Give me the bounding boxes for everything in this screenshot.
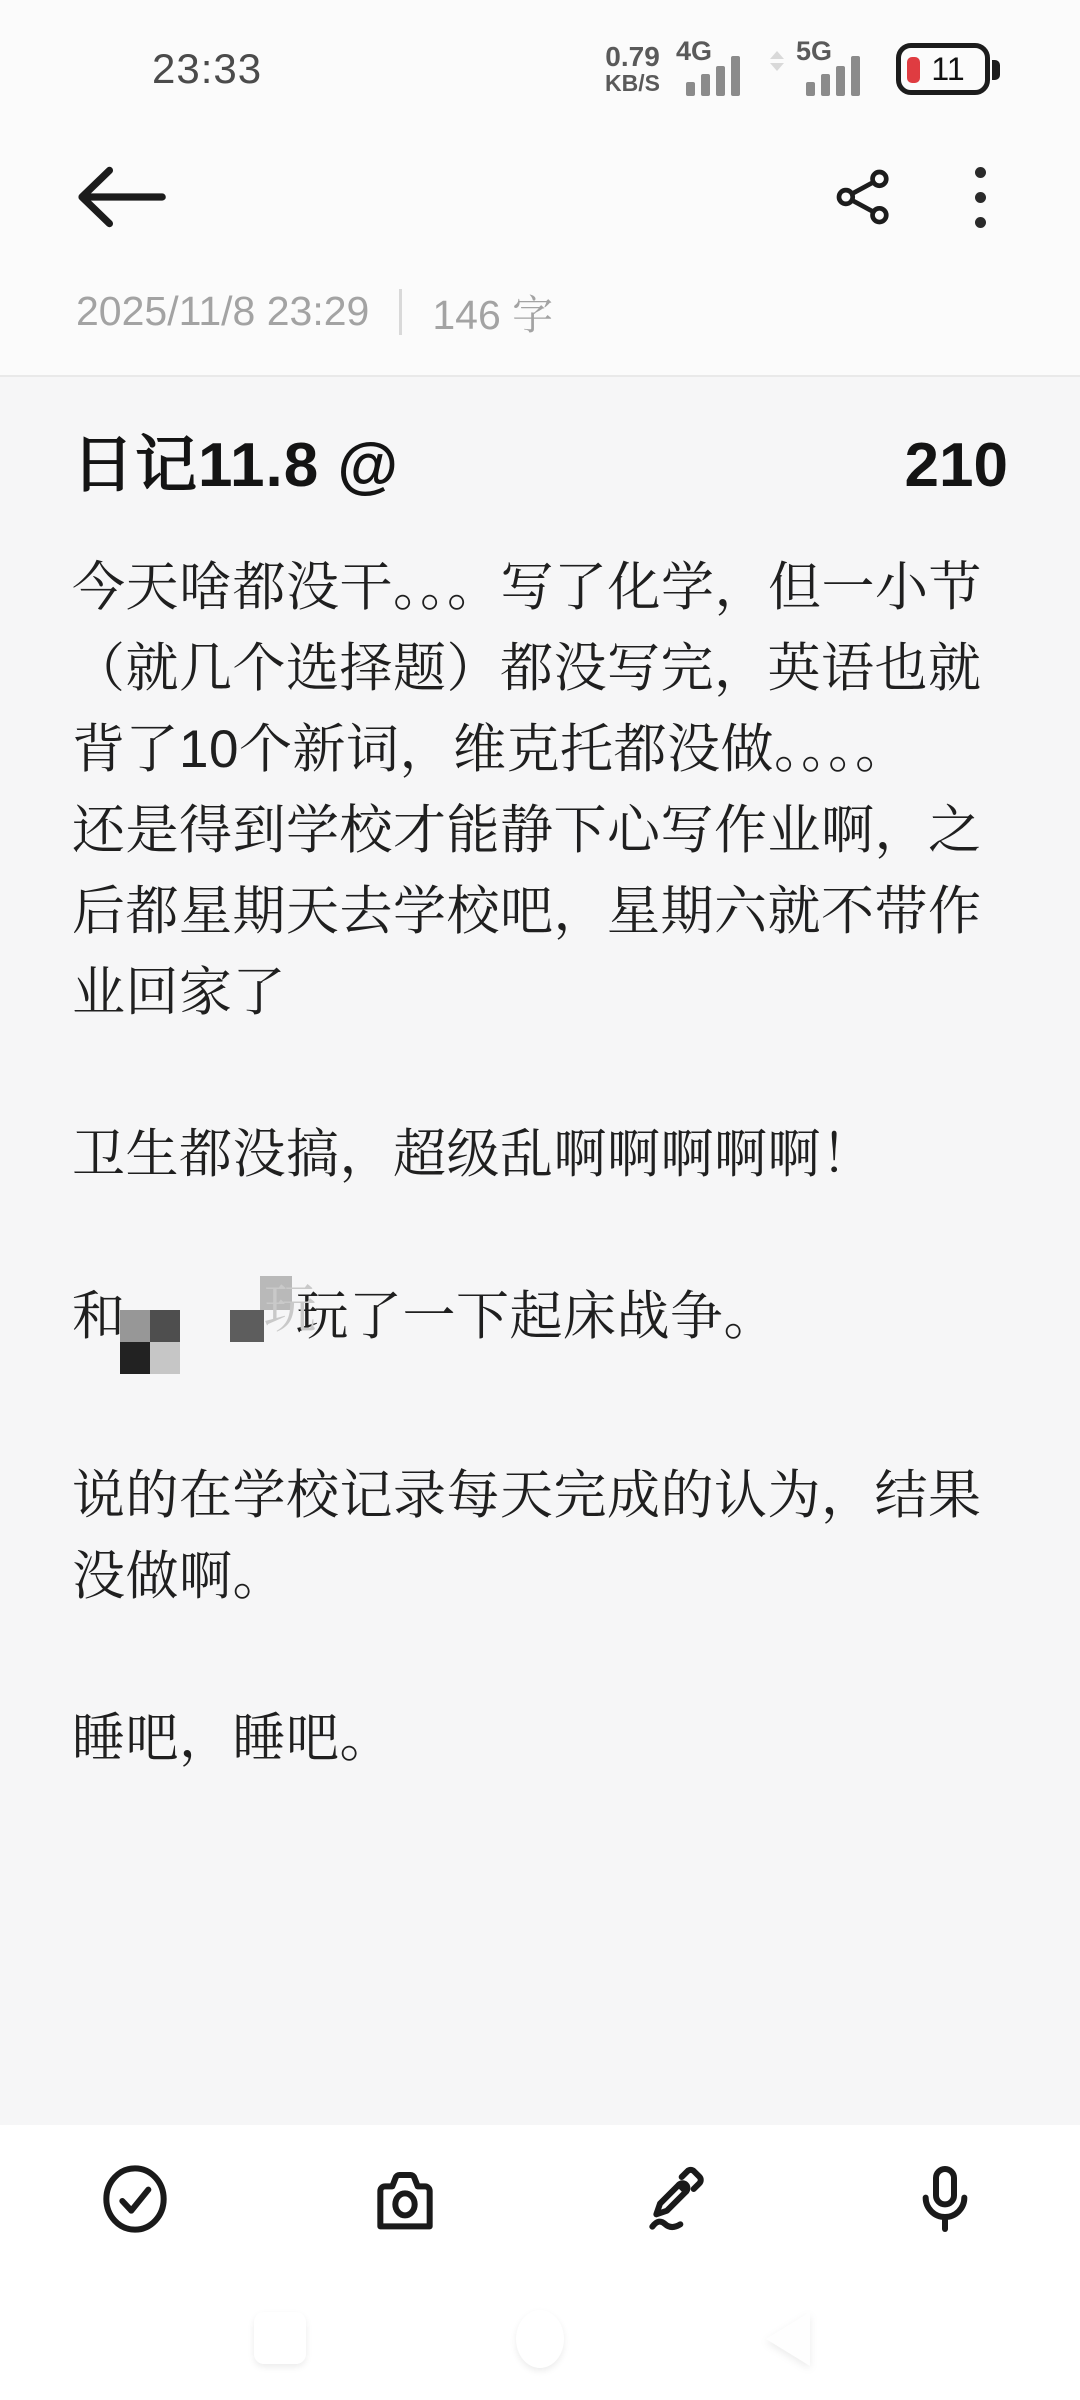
voice-note-button[interactable]: [905, 2159, 985, 2239]
more-options-button[interactable]: [969, 161, 992, 234]
pen-scribble-icon: [635, 2159, 715, 2239]
note-tools: [0, 2125, 1080, 2239]
camera-icon: [365, 2159, 445, 2239]
recents-nav-icon[interactable]: [254, 2312, 306, 2364]
note-content[interactable]: 日记11.8 @ 210 今天啥都没干。。。写了化学，但一小节（就几个选择题）都…: [0, 377, 1080, 2125]
status-icons: 0.79 KB/S 4G 5G 11: [605, 40, 990, 98]
header: 23:33 0.79 KB/S 4G 5G 11: [0, 0, 1080, 377]
doodle-button[interactable]: [635, 2159, 715, 2239]
paragraph-4-suffix: 玩了一下起床战争。: [296, 1287, 778, 1346]
note-title-number: 210: [905, 421, 1008, 511]
notes-app-view-screen: 23:33 0.79 KB/S 4G 5G 11: [0, 0, 1080, 2400]
battery-level-red-bar: [907, 57, 920, 83]
status-bar: 23:33 0.79 KB/S 4G 5G 11: [0, 0, 1080, 112]
battery-icon: 11: [896, 43, 990, 95]
censored-ghost-char: 玩: [264, 1280, 318, 1340]
sim2-signal-icon: 5G: [796, 40, 878, 98]
censored-mosaic-block-2: 玩: [230, 1278, 296, 1342]
battery-percent: 11: [931, 51, 964, 88]
todo-checklist-button[interactable]: [95, 2159, 175, 2239]
censored-mosaic-block-1: [120, 1310, 180, 1374]
microphone-icon: [905, 2159, 985, 2239]
kebab-menu-icon: [969, 161, 992, 234]
paragraph-2: 还是得到学校才能静下心写作业啊，之后都星期天去学校吧，星期六就不带作业回家了: [72, 790, 1008, 1033]
bottom-toolbar: [0, 2125, 1080, 2400]
note-title: 日记11.8 @: [72, 421, 399, 511]
note-datetime: 2025/11/8 23:29: [76, 288, 369, 335]
data-activity-arrows-icon: [770, 51, 784, 71]
net-speed-unit: KB/S: [605, 72, 660, 95]
home-nav-icon[interactable]: [516, 2310, 564, 2368]
paragraph-3: 卫生都没搞，超级乱啊啊啊啊啊！: [72, 1114, 1008, 1195]
check-circle-icon: [95, 2159, 175, 2239]
clock: 23:33: [152, 45, 262, 93]
system-nav-buttons: [0, 2310, 1080, 2368]
note-title-row: 日记11.8 @ 210: [72, 421, 1008, 511]
camera-button[interactable]: [365, 2159, 445, 2239]
metadata-separator: [399, 289, 402, 335]
net-speed-value: 0.79: [605, 43, 660, 72]
back-nav-icon[interactable]: [766, 2312, 810, 2366]
note-char-count: 146 字: [432, 282, 553, 341]
back-button[interactable]: [68, 159, 172, 235]
paragraph-4: 和玩玩了一下起床战争。: [72, 1276, 1008, 1374]
back-arrow-icon: [68, 159, 172, 235]
paragraph-1: 今天啥都没干。。。写了化学，但一小节（就几个选择题）都没写完，英语也就背了10个…: [72, 547, 1008, 790]
app-toolbar: [0, 112, 1080, 282]
note-metadata: 2025/11/8 23:29 146 字: [0, 282, 1080, 375]
paragraph-6: 睡吧，睡吧。: [72, 1698, 1008, 1779]
sim1-signal-icon: 4G: [676, 40, 758, 98]
paragraph-5: 说的在学校记录每天完成的认为，结果没做啊。: [72, 1455, 1008, 1617]
share-icon: [831, 164, 897, 230]
share-button[interactable]: [831, 164, 897, 230]
battery-nub: [992, 60, 1000, 80]
network-speed-indicator: 0.79 KB/S: [605, 43, 660, 95]
paragraph-4-prefix: 和: [72, 1287, 126, 1346]
